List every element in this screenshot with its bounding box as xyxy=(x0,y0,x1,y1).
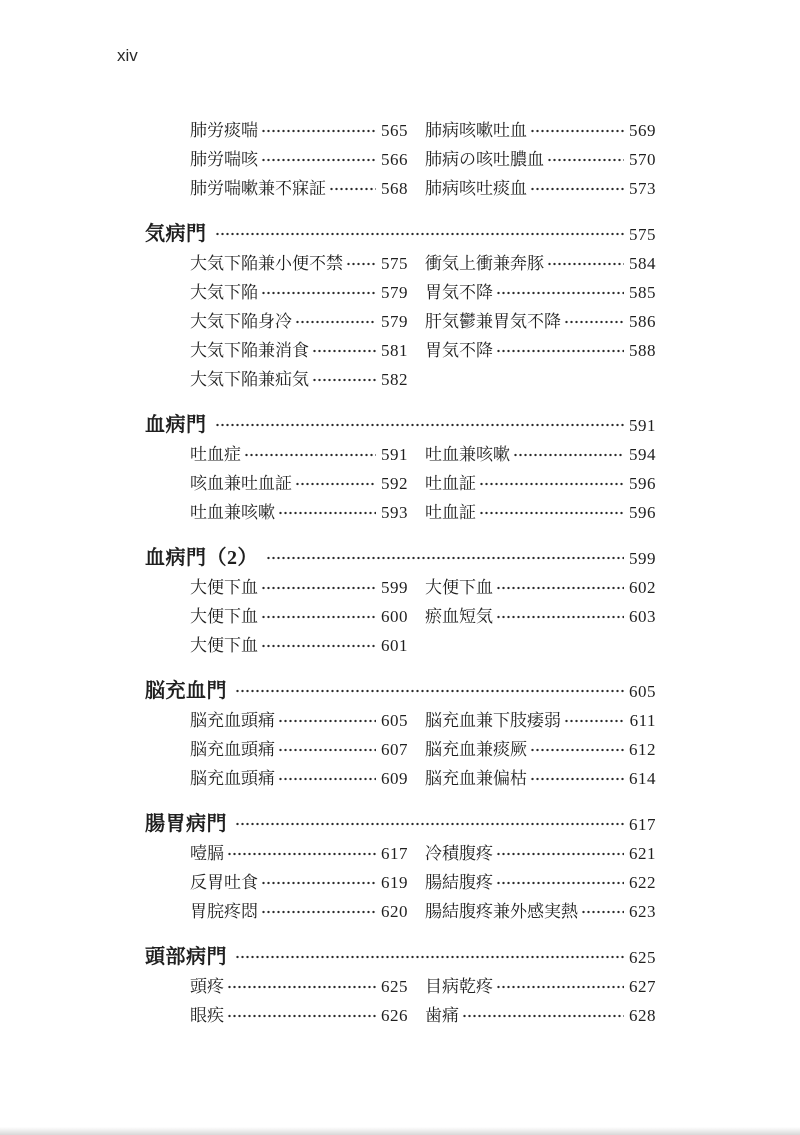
toc-entry: 脳充血頭痛607 xyxy=(190,735,408,764)
entry-title: 脳充血頭痛 xyxy=(190,764,275,793)
dot-leader xyxy=(261,875,376,891)
toc-column-right: 肺病咳嗽吐血569 肺病の咳吐膿血570 肺病咳吐痰血573 xyxy=(425,116,656,203)
dot-leader xyxy=(215,226,625,242)
toc-column-left: 脳充血頭痛605 脳充血頭痛607 脳充血頭痛609 xyxy=(190,706,408,793)
page-number: xiv xyxy=(117,46,138,66)
toc-column-right: 脳充血兼下肢痿弱611 脳充血兼痰厥612 脳充血兼偏枯614 xyxy=(425,706,656,793)
section-page: 625 xyxy=(629,943,656,973)
entry-title: 眼疾 xyxy=(190,1001,224,1030)
entry-page: 565 xyxy=(381,116,408,145)
dot-leader xyxy=(496,846,624,862)
entry-page: 612 xyxy=(629,735,656,764)
dot-leader xyxy=(312,372,376,388)
entry-title: 大便下血 xyxy=(425,573,493,602)
toc-entry: 胃気不降588 xyxy=(425,336,656,365)
dot-leader xyxy=(547,256,624,272)
entry-title: 大便下血 xyxy=(190,631,258,660)
entry-page: 588 xyxy=(629,336,656,365)
dot-leader xyxy=(261,123,376,139)
entry-page: 605 xyxy=(381,706,408,735)
toc-entry: 大気下陥兼小便不禁575 xyxy=(190,249,408,278)
dot-leader xyxy=(266,550,624,566)
dot-leader xyxy=(235,949,624,965)
entry-title: 脳充血兼下肢痿弱 xyxy=(425,706,561,735)
toc-section-choi-byomon: 腸胃病門617 噎膈617 反胃吐食619 胃脘疼悶620 冷積腹疼621 腸結… xyxy=(145,809,656,926)
entry-title: 胃気不降 xyxy=(425,336,493,365)
dot-leader xyxy=(261,285,376,301)
dot-leader xyxy=(261,609,376,625)
toc-entry: 肺病咳嗽吐血569 xyxy=(425,116,656,145)
section-title: 血病門 xyxy=(145,410,207,440)
entry-page: 570 xyxy=(629,145,656,174)
toc-column-right: 吐血兼咳嗽594 吐血証596 吐血証596 xyxy=(425,440,656,527)
dot-leader xyxy=(278,505,376,521)
entry-title: 衝気上衝兼奔豚 xyxy=(425,249,544,278)
toc-entry: 噎膈617 xyxy=(190,839,408,868)
dot-leader xyxy=(295,314,376,330)
entry-page: 614 xyxy=(629,764,656,793)
entry-page: 622 xyxy=(629,868,656,897)
book-page: xiv 肺労痰喘565 肺労喘咳566 肺労喘嗽兼不寐証568 肺病咳嗽吐血56… xyxy=(0,0,800,1135)
dot-leader xyxy=(462,1008,624,1024)
entry-title: 肺労痰喘 xyxy=(190,116,258,145)
toc-section-tobu-byomon: 頭部病門625 頭疼625 眼疾626 目病乾疼627 歯痛628 xyxy=(145,942,656,1030)
entry-page: 609 xyxy=(381,764,408,793)
entry-page: 568 xyxy=(381,174,408,203)
entry-page: 569 xyxy=(629,116,656,145)
entry-title: 肺病咳吐痰血 xyxy=(425,174,527,203)
toc-column-left: 大便下血599 大便下血600 大便下血601 xyxy=(190,573,408,660)
dot-leader xyxy=(235,683,624,699)
dot-leader xyxy=(530,742,624,758)
toc-section-no-juketsumon: 脳充血門605 脳充血頭痛605 脳充血頭痛607 脳充血頭痛609 脳充血兼下… xyxy=(145,676,656,793)
toc-entry: 肺労喘嗽兼不寐証568 xyxy=(190,174,408,203)
section-title: 腸胃病門 xyxy=(145,809,227,839)
toc-entry: 肺病の咳吐膿血570 xyxy=(425,145,656,174)
toc-entry: 肺労喘咳566 xyxy=(190,145,408,174)
dot-leader xyxy=(530,181,624,197)
entry-page: 566 xyxy=(381,145,408,174)
dot-leader xyxy=(312,343,376,359)
dot-leader xyxy=(227,846,376,862)
entry-title: 脳充血兼痰厥 xyxy=(425,735,527,764)
entry-page: 594 xyxy=(629,440,656,469)
section-page: 575 xyxy=(629,220,656,250)
entry-title: 頭疼 xyxy=(190,972,224,1001)
toc-entry: 吐血症591 xyxy=(190,440,408,469)
entry-page: 596 xyxy=(629,498,656,527)
section-heading: 血病門591 xyxy=(145,410,656,440)
entry-title: 吐血兼咳嗽 xyxy=(190,498,275,527)
dot-leader xyxy=(329,181,376,197)
toc-entry: 胃気不降585 xyxy=(425,278,656,307)
section-page: 599 xyxy=(629,544,656,574)
toc-entry: 瘀血短気603 xyxy=(425,602,656,631)
toc-column-left: 頭疼625 眼疾626 xyxy=(190,972,408,1030)
toc-column-right: 衝気上衝兼奔豚584 胃気不降585 肝気鬱兼胃気不降586 胃気不降588 xyxy=(425,249,656,365)
entry-page: 627 xyxy=(629,972,656,1001)
toc-column-left: 噎膈617 反胃吐食619 胃脘疼悶620 xyxy=(190,839,408,926)
entry-title: 腸結腹疼 xyxy=(425,868,493,897)
dot-leader xyxy=(496,580,624,596)
toc-column-right: 大便下血602 瘀血短気603 xyxy=(425,573,656,631)
toc-entry: 肺病咳吐痰血573 xyxy=(425,174,656,203)
entry-title: 大気下陥兼消食 xyxy=(190,336,309,365)
entry-title: 大便下血 xyxy=(190,573,258,602)
dot-leader xyxy=(496,285,624,301)
dot-leader xyxy=(278,713,376,729)
toc-entry: 腸結腹疼622 xyxy=(425,868,656,897)
toc-entry: 大便下血599 xyxy=(190,573,408,602)
entry-page: 603 xyxy=(629,602,656,631)
entry-title: 胃気不降 xyxy=(425,278,493,307)
toc-entry: 胃脘疼悶620 xyxy=(190,897,408,926)
toc-entry: 肝気鬱兼胃気不降586 xyxy=(425,307,656,336)
dot-leader xyxy=(496,343,624,359)
entry-page: 582 xyxy=(381,365,408,394)
entry-page: 601 xyxy=(381,631,408,660)
toc-column-right: 冷積腹疼621 腸結腹疼622 腸結腹疼兼外感実熱623 xyxy=(425,839,656,926)
dot-leader xyxy=(479,505,624,521)
entry-title: 脳充血頭痛 xyxy=(190,735,275,764)
entry-page: 591 xyxy=(381,440,408,469)
entry-page: 628 xyxy=(629,1001,656,1030)
dot-leader xyxy=(278,771,376,787)
toc-entry: 脳充血頭痛609 xyxy=(190,764,408,793)
dot-leader xyxy=(496,979,624,995)
entry-title: 反胃吐食 xyxy=(190,868,258,897)
dot-leader xyxy=(581,904,624,920)
toc-column-left: 大気下陥兼小便不禁575 大気下陥579 大気下陥身冷579 大気下陥兼消食58… xyxy=(190,249,408,394)
dot-leader xyxy=(227,979,376,995)
entry-page: 579 xyxy=(381,307,408,336)
entry-title: 胃脘疼悶 xyxy=(190,897,258,926)
entry-page: 575 xyxy=(381,249,408,278)
entry-page: 592 xyxy=(381,469,408,498)
toc-entry: 眼疾626 xyxy=(190,1001,408,1030)
dot-leader xyxy=(215,417,625,433)
entry-page: 573 xyxy=(629,174,656,203)
entry-page: 602 xyxy=(629,573,656,602)
dot-leader xyxy=(496,609,624,625)
toc-section-ketsu-byomon-2: 血病門（2）599 大便下血599 大便下血600 大便下血601 大便下血60… xyxy=(145,543,656,660)
toc-entry: 吐血兼咳嗽593 xyxy=(190,498,408,527)
entry-title: 咳血兼吐血証 xyxy=(190,469,292,498)
entry-title: 大気下陥 xyxy=(190,278,258,307)
toc-entry: 大気下陥兼疝気582 xyxy=(190,365,408,394)
section-title: 脳充血門 xyxy=(145,676,227,706)
entry-page: 621 xyxy=(629,839,656,868)
dot-leader xyxy=(244,447,376,463)
toc-entry: 大気下陥579 xyxy=(190,278,408,307)
dot-leader xyxy=(496,875,624,891)
entry-title: 肺病咳嗽吐血 xyxy=(425,116,527,145)
entry-title: 大気下陥兼疝気 xyxy=(190,365,309,394)
entry-title: 肺労喘嗽兼不寐証 xyxy=(190,174,326,203)
toc-entry: 頭疼625 xyxy=(190,972,408,1001)
dot-leader xyxy=(261,638,376,654)
entry-page: 600 xyxy=(381,602,408,631)
section-heading: 気病門575 xyxy=(145,219,656,249)
entry-page: 620 xyxy=(381,897,408,926)
entry-page: 596 xyxy=(629,469,656,498)
entry-title: 脳充血頭痛 xyxy=(190,706,275,735)
entry-title: 目病乾疼 xyxy=(425,972,493,1001)
entry-title: 吐血証 xyxy=(425,498,476,527)
section-title: 気病門 xyxy=(145,219,207,249)
entry-title: 吐血証 xyxy=(425,469,476,498)
section-heading: 血病門（2）599 xyxy=(145,543,656,573)
section-heading: 脳充血門605 xyxy=(145,676,656,706)
entry-page: 593 xyxy=(381,498,408,527)
entry-page: 626 xyxy=(381,1001,408,1030)
dot-leader xyxy=(564,314,624,330)
toc-section-ki-byomon: 気病門575 大気下陥兼小便不禁575 大気下陥579 大気下陥身冷579 大気… xyxy=(145,219,656,394)
toc-entry: 反胃吐食619 xyxy=(190,868,408,897)
toc-entry: 大便下血602 xyxy=(425,573,656,602)
toc-entry: 脳充血兼痰厥612 xyxy=(425,735,656,764)
entry-title: 肝気鬱兼胃気不降 xyxy=(425,307,561,336)
table-of-contents: 肺労痰喘565 肺労喘咳566 肺労喘嗽兼不寐証568 肺病咳嗽吐血569 肺病… xyxy=(145,116,656,1030)
entry-page: 586 xyxy=(629,307,656,336)
entry-title: 大気下陥身冷 xyxy=(190,307,292,336)
dot-leader xyxy=(278,742,376,758)
section-page: 617 xyxy=(629,810,656,840)
entry-title: 吐血兼咳嗽 xyxy=(425,440,510,469)
dot-leader xyxy=(227,1008,376,1024)
dot-leader xyxy=(235,816,624,832)
dot-leader xyxy=(346,256,376,272)
entry-title: 肺労喘咳 xyxy=(190,145,258,174)
toc-section-continuation: 肺労痰喘565 肺労喘咳566 肺労喘嗽兼不寐証568 肺病咳嗽吐血569 肺病… xyxy=(145,116,656,203)
toc-entry: 大便下血600 xyxy=(190,602,408,631)
section-title: 頭部病門 xyxy=(145,942,227,972)
entry-page: 584 xyxy=(629,249,656,278)
toc-entry: 吐血兼咳嗽594 xyxy=(425,440,656,469)
toc-entry: 脳充血兼偏枯614 xyxy=(425,764,656,793)
dot-leader xyxy=(547,152,624,168)
toc-entry: 腸結腹疼兼外感実熱623 xyxy=(425,897,656,926)
dot-leader xyxy=(479,476,624,492)
entry-page: 625 xyxy=(381,972,408,1001)
toc-entry: 大気下陥身冷579 xyxy=(190,307,408,336)
entry-title: 冷積腹疼 xyxy=(425,839,493,868)
section-page: 605 xyxy=(629,677,656,707)
entry-title: 瘀血短気 xyxy=(425,602,493,631)
toc-entry: 大便下血601 xyxy=(190,631,408,660)
toc-entry: 吐血証596 xyxy=(425,498,656,527)
section-heading: 頭部病門625 xyxy=(145,942,656,972)
entry-title: 噎膈 xyxy=(190,839,224,868)
entry-title: 肺病の咳吐膿血 xyxy=(425,145,544,174)
entry-page: 581 xyxy=(381,336,408,365)
entry-page: 579 xyxy=(381,278,408,307)
entry-title: 大便下血 xyxy=(190,602,258,631)
dot-leader xyxy=(261,904,376,920)
toc-entry: 衝気上衝兼奔豚584 xyxy=(425,249,656,278)
dot-leader xyxy=(261,152,376,168)
entry-title: 大気下陥兼小便不禁 xyxy=(190,249,343,278)
toc-entry: 大気下陥兼消食581 xyxy=(190,336,408,365)
entry-title: 歯痛 xyxy=(425,1001,459,1030)
toc-entry: 吐血証596 xyxy=(425,469,656,498)
section-heading: 腸胃病門617 xyxy=(145,809,656,839)
dot-leader xyxy=(564,713,625,729)
entry-page: 611 xyxy=(630,706,656,735)
section-page: 591 xyxy=(629,411,656,441)
entry-page: 599 xyxy=(381,573,408,602)
entry-page: 617 xyxy=(381,839,408,868)
entry-title: 脳充血兼偏枯 xyxy=(425,764,527,793)
section-title: 血病門（2） xyxy=(145,543,258,573)
toc-column-left: 吐血症591 咳血兼吐血証592 吐血兼咳嗽593 xyxy=(190,440,408,527)
entry-title: 腸結腹疼兼外感実熱 xyxy=(425,897,578,926)
entry-page: 607 xyxy=(381,735,408,764)
dot-leader xyxy=(295,476,376,492)
toc-entry: 肺労痰喘565 xyxy=(190,116,408,145)
dot-leader xyxy=(513,447,624,463)
toc-entry: 目病乾疼627 xyxy=(425,972,656,1001)
dot-leader xyxy=(530,771,624,787)
entry-title: 吐血症 xyxy=(190,440,241,469)
toc-column-right: 目病乾疼627 歯痛628 xyxy=(425,972,656,1030)
toc-entry: 咳血兼吐血証592 xyxy=(190,469,408,498)
toc-entry: 脳充血兼下肢痿弱611 xyxy=(425,706,656,735)
dot-leader xyxy=(530,123,624,139)
toc-entry: 冷積腹疼621 xyxy=(425,839,656,868)
toc-section-ketsu-byomon: 血病門591 吐血症591 咳血兼吐血証592 吐血兼咳嗽593 吐血兼咳嗽59… xyxy=(145,410,656,527)
toc-column-left: 肺労痰喘565 肺労喘咳566 肺労喘嗽兼不寐証568 xyxy=(190,116,408,203)
toc-entry: 脳充血頭痛605 xyxy=(190,706,408,735)
toc-entry: 歯痛628 xyxy=(425,1001,656,1030)
entry-page: 623 xyxy=(629,897,656,926)
entry-page: 585 xyxy=(629,278,656,307)
entry-page: 619 xyxy=(381,868,408,897)
dot-leader xyxy=(261,580,376,596)
